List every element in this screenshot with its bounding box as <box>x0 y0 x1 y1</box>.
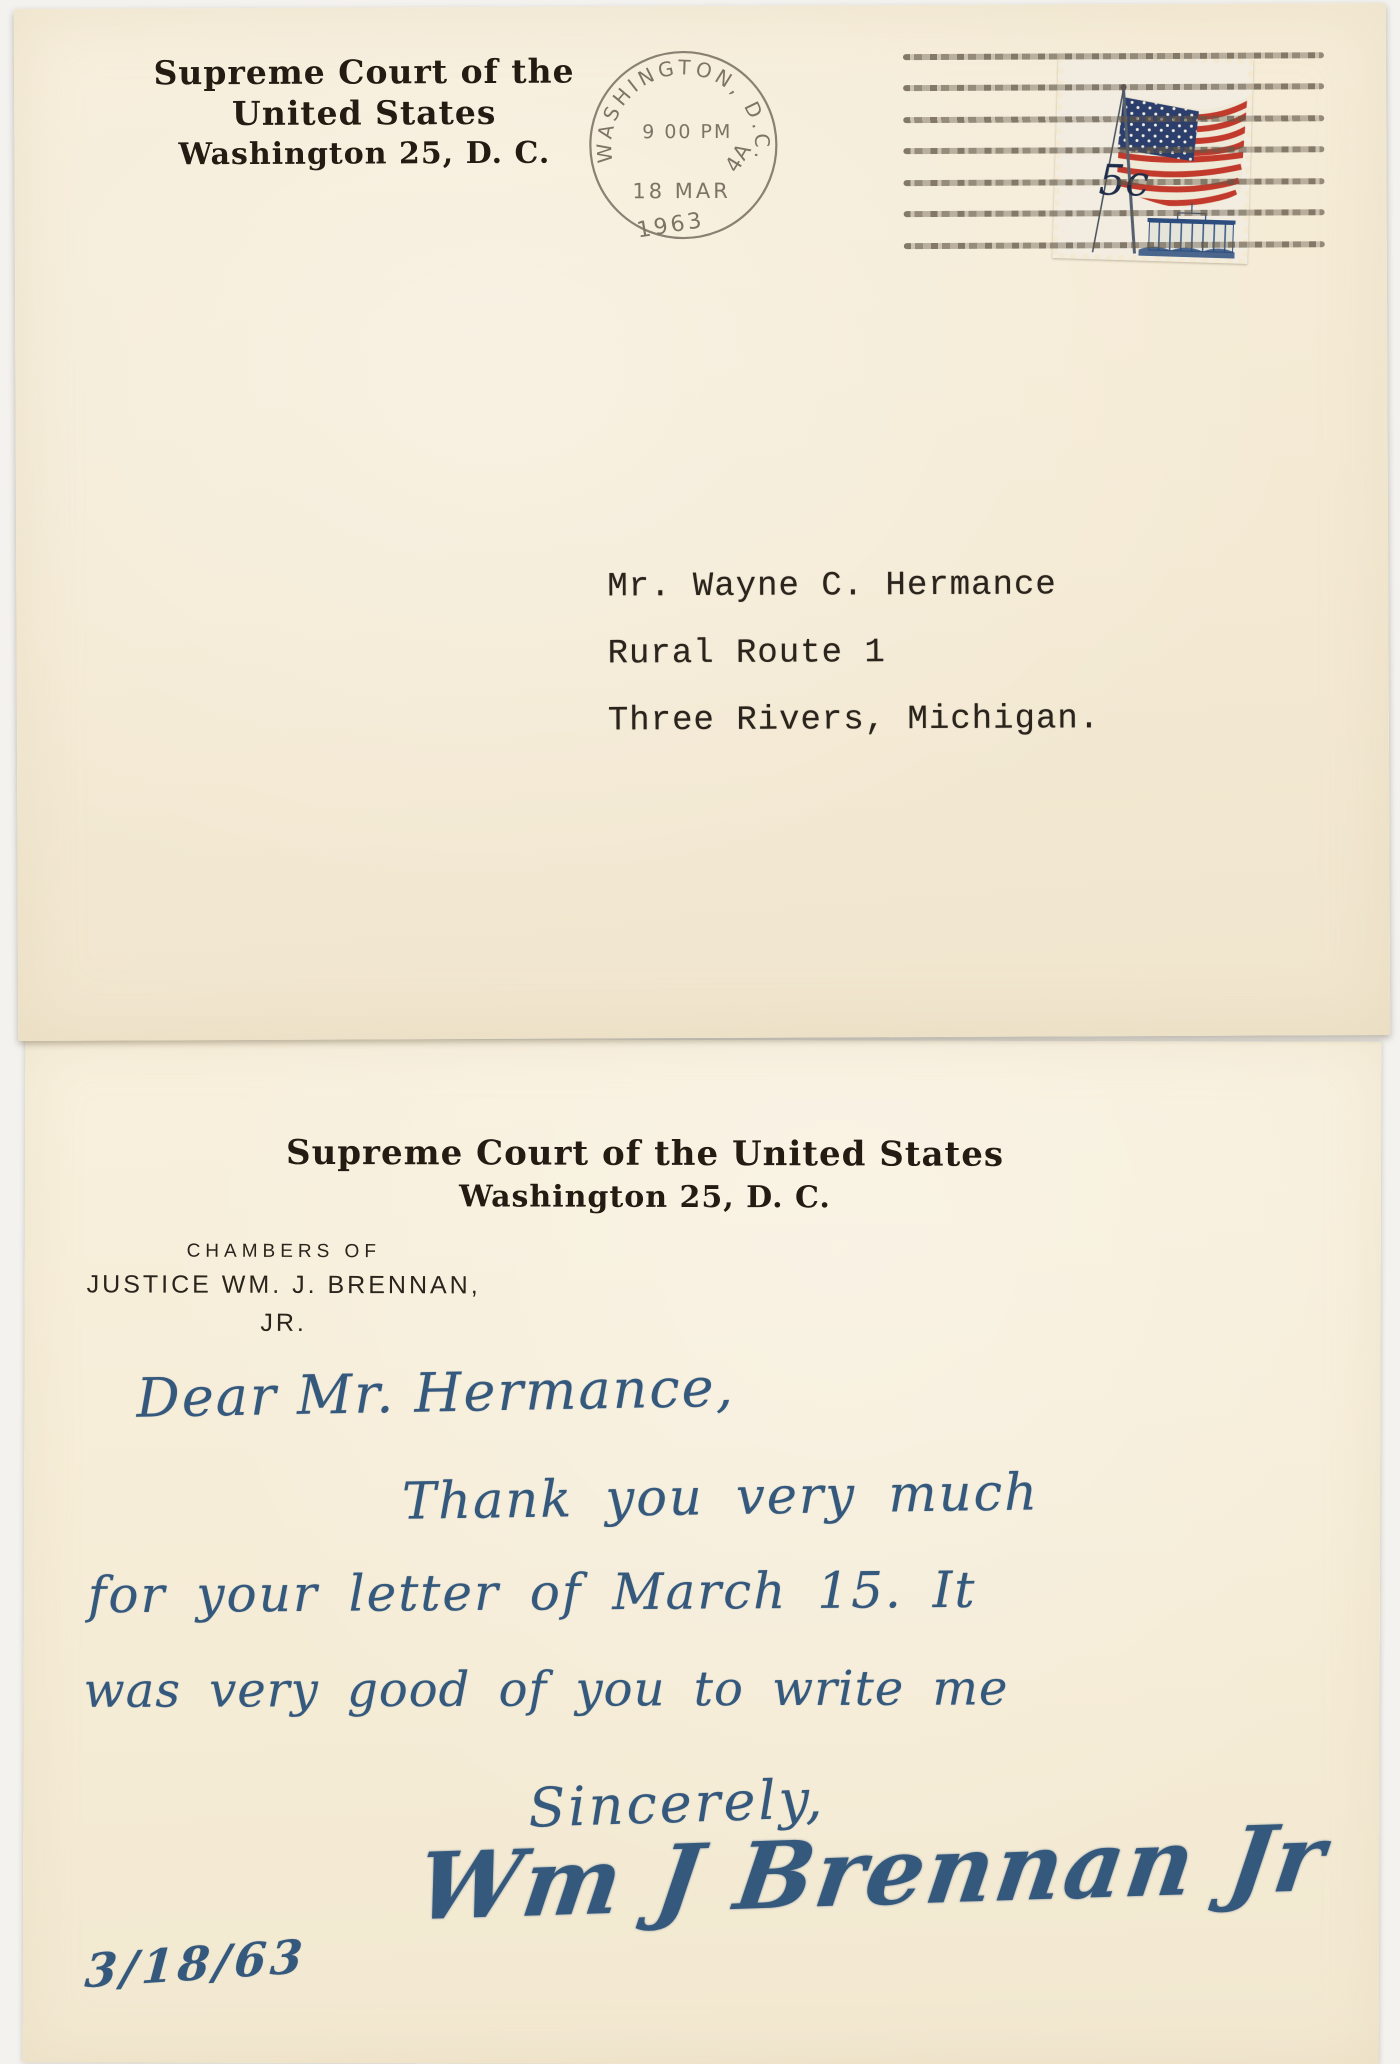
return-address-line1: Supreme Court of the United States <box>84 50 644 135</box>
cancellation-bar <box>903 83 1324 91</box>
letterhead: Supreme Court of the United States Washi… <box>245 1131 1045 1219</box>
cancellation-bar <box>903 146 1324 154</box>
return-address: Supreme Court of the United States Washi… <box>84 50 645 174</box>
chambers-block: CHAMBERS OF JUSTICE WM. J. BRENNAN, JR. <box>79 1236 489 1342</box>
letterhead-line2: Washington 25, D. C. <box>245 1177 1045 1220</box>
chambers-of-label: CHAMBERS OF <box>79 1236 489 1267</box>
recipient-address: Mr. Wayne C. Hermance Rural Route 1 Thre… <box>607 552 1100 755</box>
recipient-line2: Rural Route 1 <box>607 619 1100 688</box>
cancellation-bar <box>903 115 1324 123</box>
scanned-mail-photo: Supreme Court of the United States Washi… <box>0 0 1400 2064</box>
handwritten-body-line1: Thank you very much <box>402 1463 1040 1531</box>
envelope: Supreme Court of the United States Washi… <box>14 3 1390 1041</box>
letter: Supreme Court of the United States Washi… <box>23 1038 1382 2064</box>
cancellation-bar <box>904 241 1325 249</box>
postmark-day: 18 MAR <box>632 179 731 203</box>
cancellation-bar <box>904 178 1325 186</box>
handwritten-body-line2: for your letter of March 15. It <box>88 1561 977 1624</box>
cancellation-bar <box>903 52 1324 60</box>
cancellation-bars <box>903 52 1325 260</box>
handwritten-date: 3/18/63 <box>83 1929 308 1998</box>
postmark-stamp: WASHINGTON, D.C. 9 00 PM 18 MAR 1963 4A <box>583 42 784 253</box>
letterhead-line1: Supreme Court of the United States <box>245 1131 1045 1179</box>
recipient-line1: Mr. Wayne C. Hermance <box>607 552 1100 621</box>
handwritten-salutation: Dear Mr. Hermance, <box>136 1356 735 1430</box>
handwritten-body-line3: was very good of you to write me <box>84 1660 1009 1718</box>
justice-name-label: JUSTICE WM. J. BRENNAN, JR. <box>79 1267 489 1343</box>
recipient-line3: Three Rivers, Michigan. <box>608 686 1101 755</box>
return-address-line2: Washington 25, D. C. <box>84 133 644 174</box>
postmark-time: 9 00 PM <box>642 121 732 143</box>
cancellation-bar <box>904 209 1325 217</box>
